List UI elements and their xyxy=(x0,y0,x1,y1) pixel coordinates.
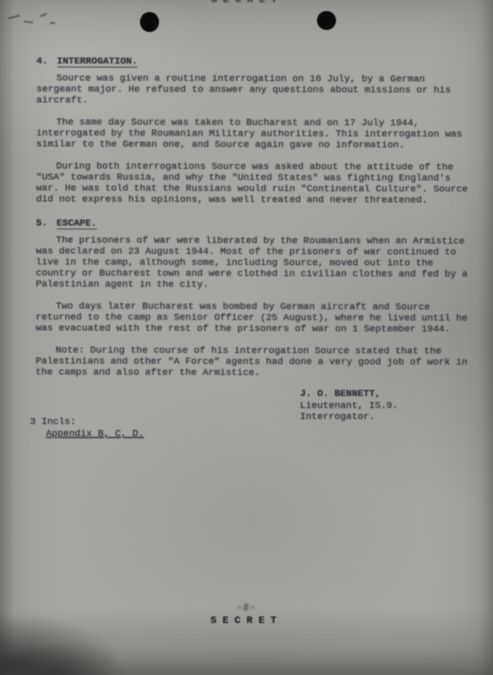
page-number-smudge: -2- xyxy=(0,603,493,613)
section-5-note-paragraph: Note: During the course of his interroga… xyxy=(36,344,468,378)
section-5-heading: 5.ESCAPE. xyxy=(36,217,468,229)
secret-stamp-bottom: SECRET xyxy=(0,616,493,627)
enclosures-appendix: Appendix B, C, D. xyxy=(46,428,144,440)
section-5-paragraph-1: The prisoners of war were liberated by t… xyxy=(36,234,468,290)
section-4-number: 4. xyxy=(36,55,48,66)
secret-stamp-top: SECRET xyxy=(182,0,312,6)
signature-block: J. O. BENNETT, Lieutenant, IS.9. Interro… xyxy=(300,388,398,423)
signature-role: Interrogator. xyxy=(300,411,398,423)
section-5-title: ESCAPE. xyxy=(56,217,96,229)
enclosures-block: 3 Incls: Appendix B, C, D. xyxy=(30,416,144,440)
signature-name: J. O. BENNETT, xyxy=(300,388,398,400)
section-5-paragraph-2: Two days later Bucharest was bombed by G… xyxy=(36,300,468,334)
enclosures-count: 3 Incls: xyxy=(30,416,144,428)
section-5-number: 5. xyxy=(36,217,48,228)
section-4-paragraph-3: During both interrogations Source was as… xyxy=(36,160,468,205)
signature-rank: Lieutenant, IS.9. xyxy=(300,400,398,412)
hole-punch-left xyxy=(140,12,159,32)
hole-punch-right xyxy=(317,11,336,30)
pencil-marks xyxy=(6,10,66,30)
section-4-paragraph-2: The same day Source was taken to Buchare… xyxy=(36,116,468,150)
section-4-heading: 4.INTERROGATION. xyxy=(36,55,468,67)
section-4-title: INTERROGATION. xyxy=(57,55,138,67)
section-4-paragraph-1: Source was given a routine interrogation… xyxy=(36,72,468,106)
scanned-document-page: SECRET 4.INTERROGATION. Source was given… xyxy=(0,0,493,675)
document-body: 4.INTERROGATION. Source was given a rout… xyxy=(36,55,469,389)
